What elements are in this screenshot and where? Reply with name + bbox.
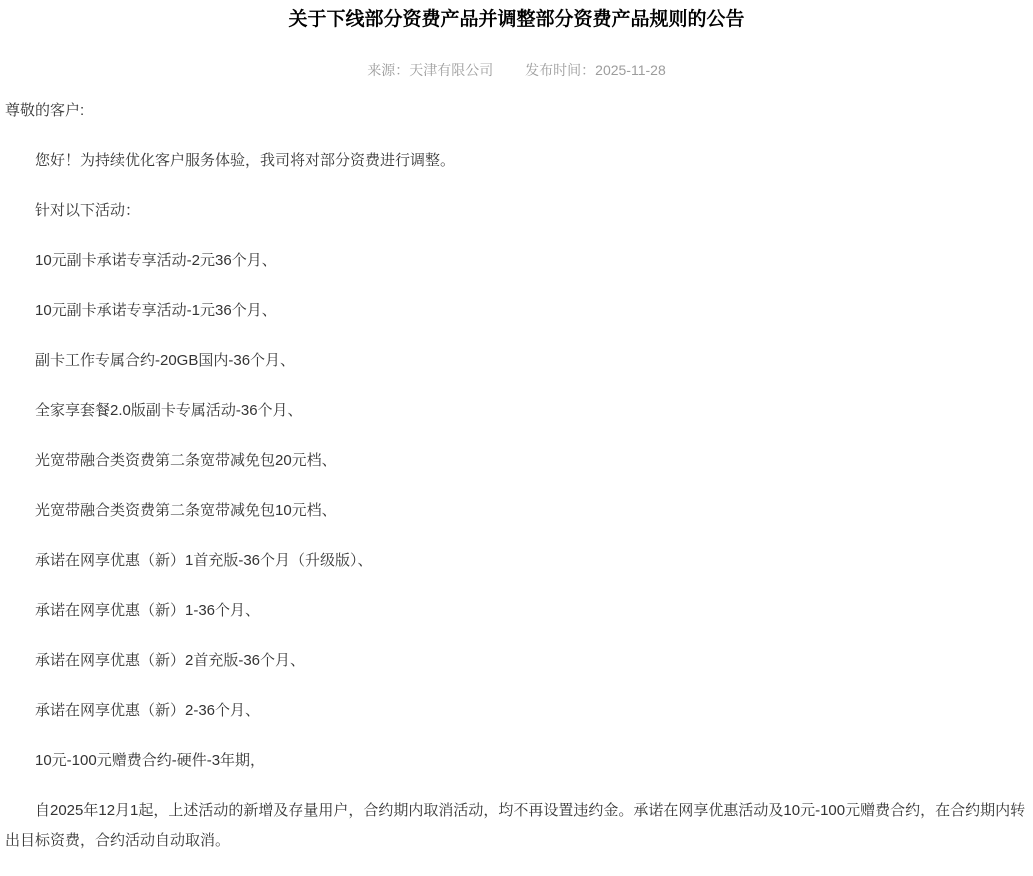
- paragraph-activity: 光宽带融合类资费第二条宽带减免包10元档、: [5, 496, 1028, 526]
- paragraph-activity: 全家享套餐2.0版副卡专属活动-36个月、: [5, 396, 1028, 426]
- paragraph-activity: 光宽带融合类资费第二条宽带减免包20元档、: [5, 446, 1028, 476]
- paragraph-salutation: 尊敬的客户:: [5, 96, 1028, 126]
- meta-source: 来源：天津有限公司: [367, 62, 493, 78]
- paragraph-activity: 10元副卡承诺专享活动-2元36个月、: [5, 246, 1028, 276]
- paragraph-activity: 副卡工作专属合约-20GB国内-36个月、: [5, 346, 1028, 376]
- article-body: 尊敬的客户: 您好！为持续优化客户服务体验，我司将对部分资费进行调整。 针对以下…: [5, 96, 1028, 856]
- paragraph-intro: 您好！为持续优化客户服务体验，我司将对部分资费进行调整。: [5, 146, 1028, 176]
- article-meta: 来源：天津有限公司 发布时间：2025-11-28: [5, 60, 1028, 80]
- paragraph-activity: 承诺在网享优惠（新）1-36个月、: [5, 596, 1028, 626]
- paragraph-activity: 10元-100元赠费合约-硬件-3年期，: [5, 746, 1028, 776]
- paragraph-activity: 承诺在网享优惠（新）2首充版-36个月、: [5, 646, 1028, 676]
- paragraph-closing: 自2025年12月1起，上述活动的新增及存量用户，合约期内取消活动，均不再设置违…: [5, 796, 1028, 856]
- paragraph-activity: 10元副卡承诺专享活动-1元36个月、: [5, 296, 1028, 326]
- paragraph-activity: 承诺在网享优惠（新）1首充版-36个月（升级版）、: [5, 546, 1028, 576]
- paragraph-activity: 承诺在网享优惠（新）2-36个月、: [5, 696, 1028, 726]
- page-title: 关于下线部分资费产品并调整部分资费产品规则的公告: [5, 6, 1028, 34]
- announcement-article: 关于下线部分资费产品并调整部分资费产品规则的公告 来源：天津有限公司 发布时间：…: [0, 6, 1033, 856]
- paragraph-list-lead: 针对以下活动：: [5, 196, 1028, 226]
- meta-publish-time: 发布时间：2025-11-28: [525, 62, 666, 78]
